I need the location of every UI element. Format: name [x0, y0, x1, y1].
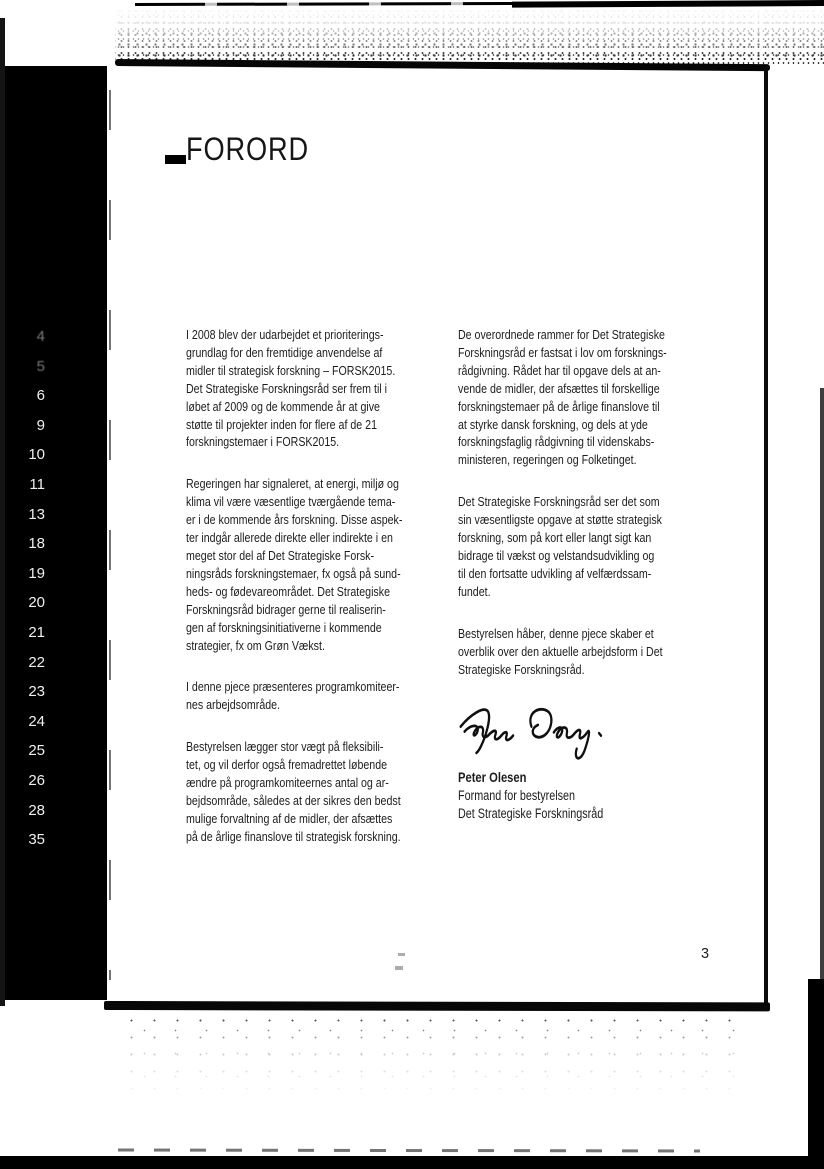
page-title: FORORD — [186, 131, 309, 167]
scan-noise-band-bottom — [118, 1011, 742, 1103]
margin-page-number: 4 — [5, 322, 45, 352]
scan-noise-band-top — [115, 6, 824, 64]
foreword-paragraph: Bestyrelsen håber, denne pjece skaber et… — [458, 625, 734, 679]
margin-page-number: 6 — [5, 381, 45, 411]
foreword-paragraph: De overordnede rammer for Det Strategisk… — [458, 326, 734, 469]
margin-page-number: 25 — [5, 736, 45, 766]
margin-page-number: 19 — [5, 559, 45, 589]
page-number: 3 — [694, 946, 716, 962]
margin-page-number: 28 — [5, 796, 45, 826]
margin-page-number: 11 — [5, 470, 45, 500]
margin-page-number: 5 — [5, 352, 45, 382]
signer-role: Formand for bestyrelsen — [458, 787, 734, 806]
margin-page-number: 35 — [5, 825, 45, 855]
foreword-paragraph: Bestyrelsen lægger stor vægt på fleksibi… — [186, 738, 462, 845]
handwritten-signature — [458, 702, 622, 766]
signer-name: Peter Olesen — [458, 768, 734, 787]
scan-scratch-line — [109, 90, 111, 980]
margin-page-number: 10 — [5, 440, 45, 470]
foreword-paragraph: Det Strategiske Forskningsråd ser det so… — [458, 493, 734, 600]
margin-page-number: 24 — [5, 707, 45, 737]
foreword-paragraph: I 2008 blev der udarbejdet et prioriteri… — [186, 326, 462, 451]
title-dash-mark — [165, 155, 186, 164]
margin-page-number: 22 — [5, 648, 45, 678]
page-right-border — [764, 66, 768, 1007]
scan-dotted-line — [118, 1148, 700, 1152]
margin-page-number: 20 — [5, 588, 45, 618]
foreword-right-column: De overordnede rammer for Det Strategisk… — [458, 326, 734, 824]
scan-speck — [398, 953, 405, 956]
margin-page-number: 21 — [5, 618, 45, 648]
signer-organization: Det Strategiske Forskningsråd — [458, 805, 734, 824]
scan-speck — [395, 966, 403, 970]
foreword-left-column: I 2008 blev der udarbejdet et prioriteri… — [186, 326, 462, 870]
margin-page-number: 26 — [5, 766, 45, 796]
scan-bottom-black-bar — [0, 1156, 824, 1169]
foreword-paragraph: Regeringen har signaleret, at energi, mi… — [186, 475, 462, 654]
margin-page-number: 23 — [5, 677, 45, 707]
foreword-paragraph: I denne pjece præsenteres programkomitee… — [186, 678, 462, 714]
scanned-document-page: 4 5 6 9 10 11 13 18 19 20 21 22 23 24 25… — [0, 0, 824, 1169]
scan-bottom-right-strip — [808, 979, 824, 1169]
margin-page-number: 18 — [5, 529, 45, 559]
page-bottom-border — [104, 1001, 770, 1011]
scan-right-edge-sliver — [820, 388, 824, 980]
margin-page-number-list: 4 5 6 9 10 11 13 18 19 20 21 22 23 24 25… — [5, 322, 45, 855]
margin-page-number: 13 — [5, 500, 45, 530]
margin-page-number: 9 — [5, 411, 45, 441]
